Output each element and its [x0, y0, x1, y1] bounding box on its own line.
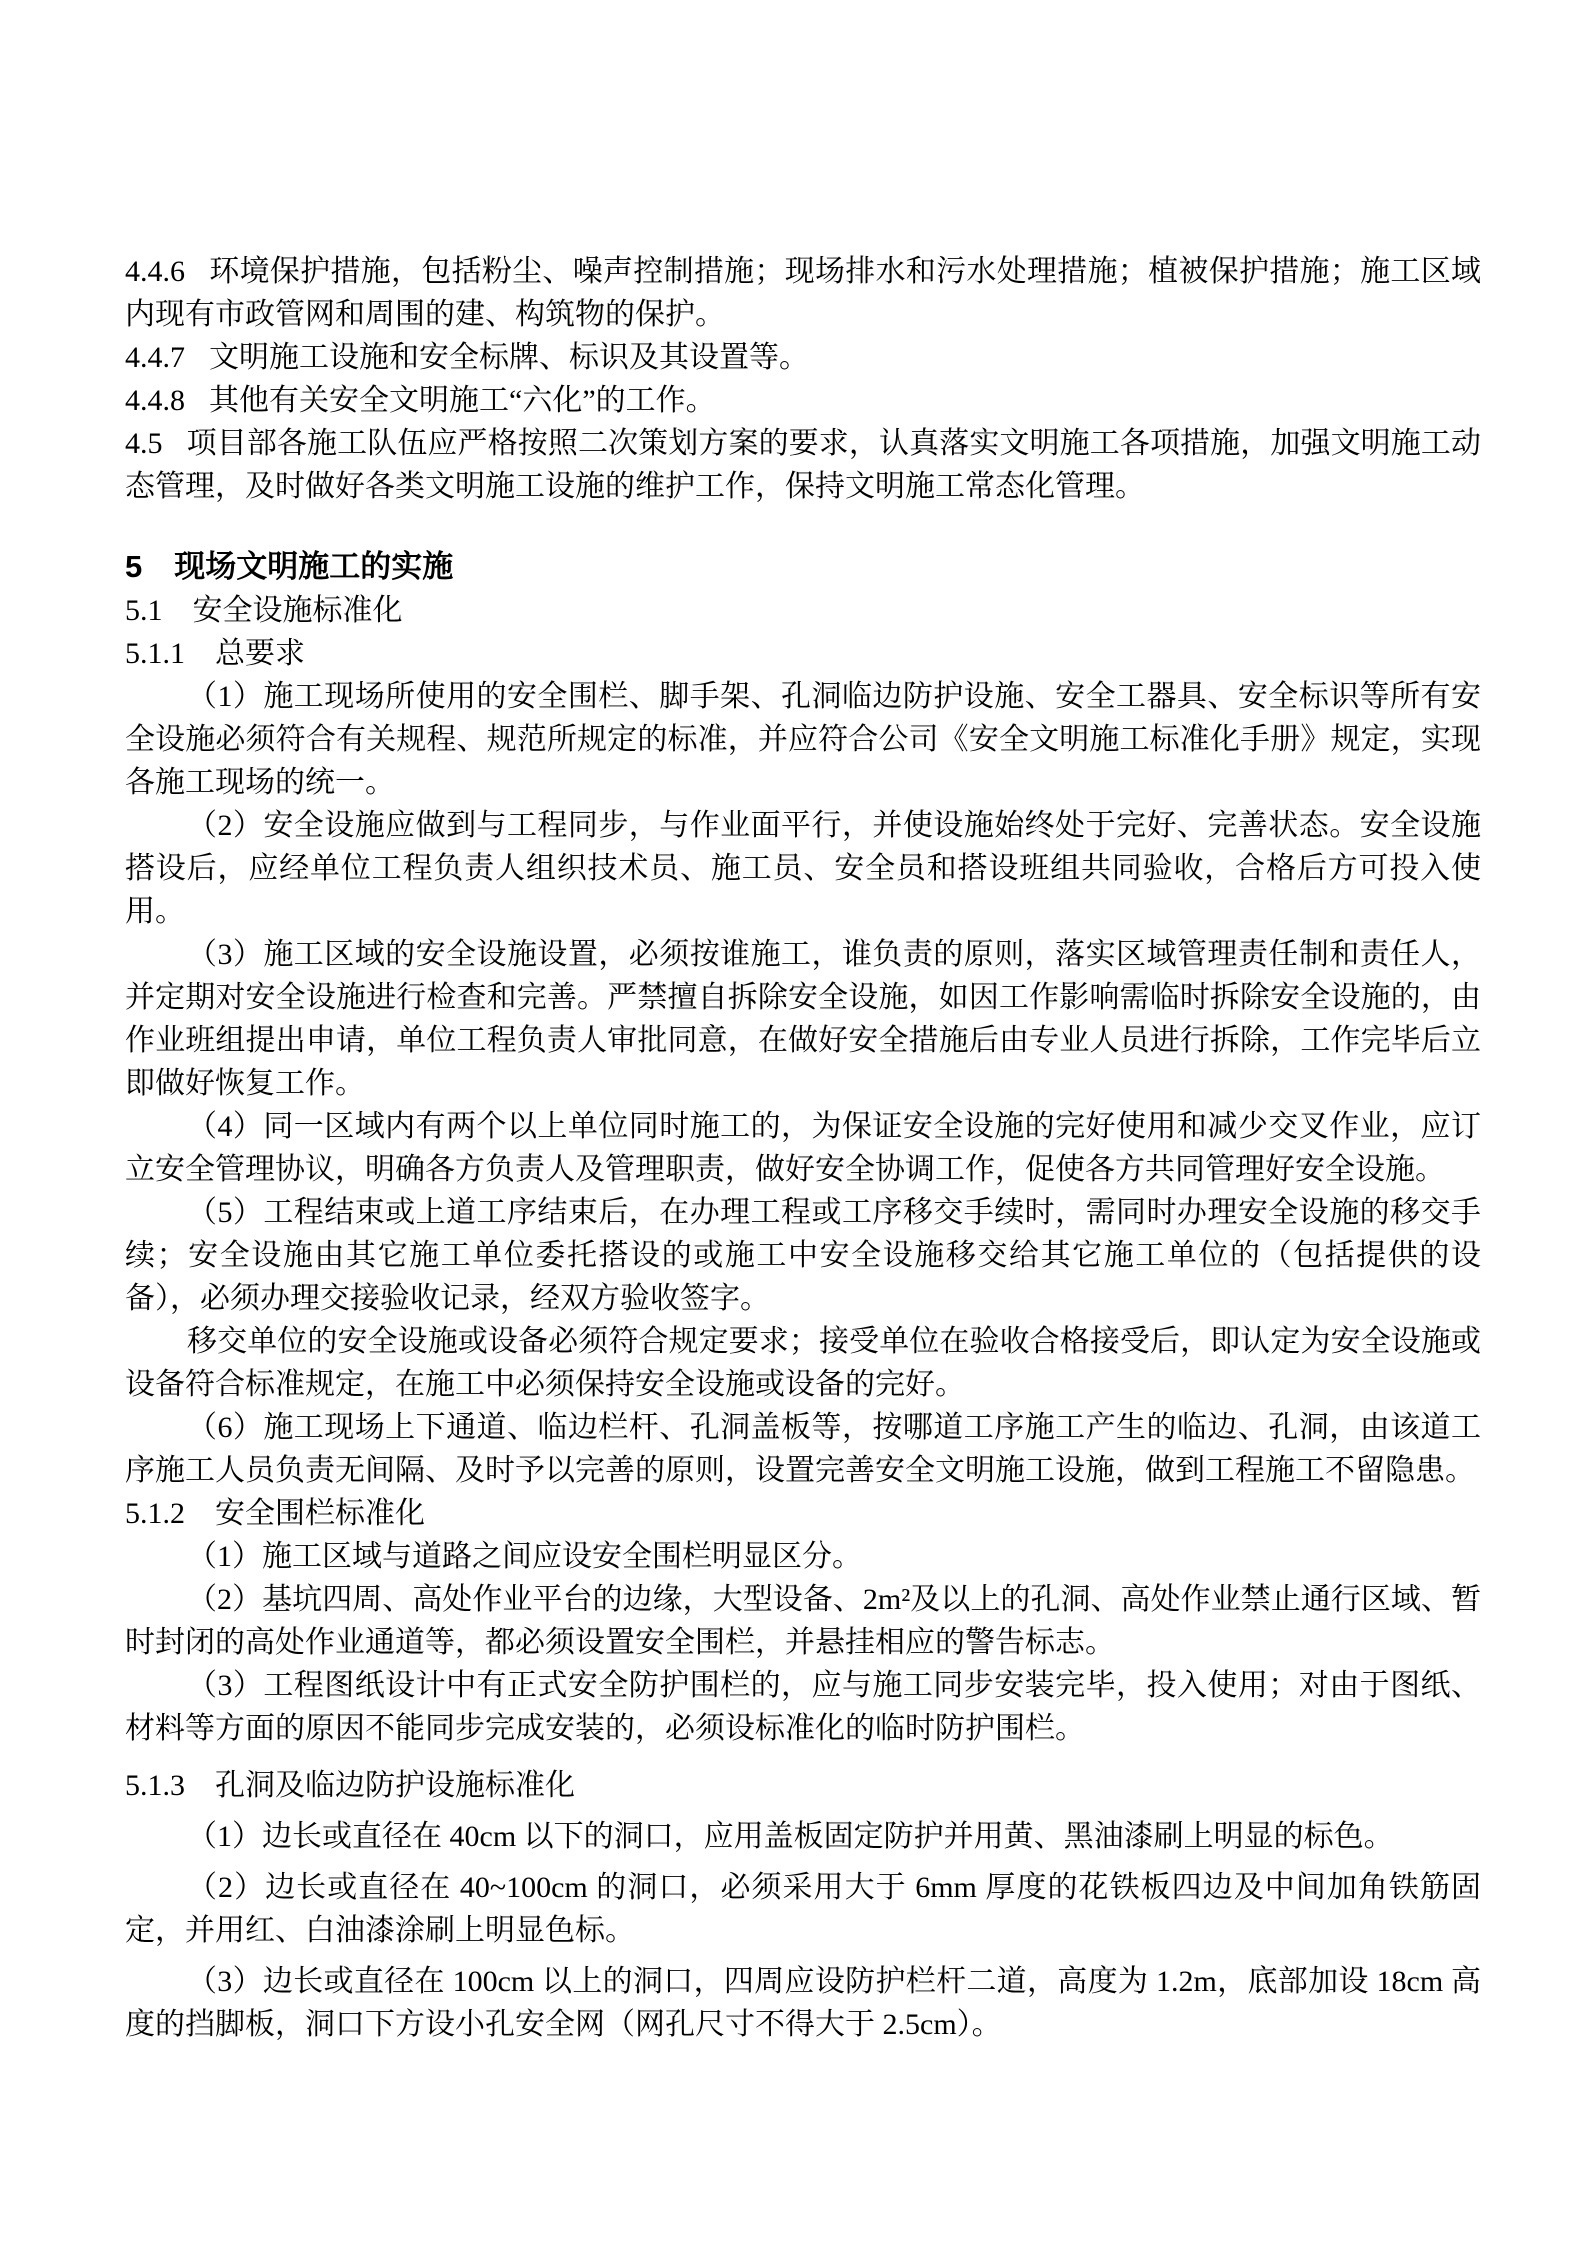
- subsection-title: 孔洞及临边防护设施标准化: [215, 1769, 575, 1802]
- subsection-title: 总要求: [215, 637, 305, 670]
- subsection-heading-5-1-1: 5.1.1总要求: [125, 632, 1481, 675]
- item-number: 4.4.8: [125, 384, 209, 417]
- paragraph-511-3: （3）施工区域的安全设施设置，必须按谁施工，谁负责的原则，落实区域管理责任制和责…: [125, 933, 1481, 1105]
- list-item-4-4-7: 4.4.7文明施工设施和安全标牌、标识及其设置等。: [125, 336, 1481, 379]
- item-number: 4.5: [125, 427, 187, 460]
- document-content: 4.4.6环境保护措施，包括粉尘、噪声控制措施；现场排水和污水处理措施；植被保护…: [125, 250, 1481, 2046]
- chapter-title: 现场文明施工的实施: [174, 549, 453, 584]
- subsection-heading-5-1-2: 5.1.2安全围栏标准化: [125, 1492, 1481, 1535]
- paragraph-511-6: 移交单位的安全设施或设备必须符合规定要求；接受单位在验收合格接受后，即认定为安全…: [125, 1320, 1481, 1406]
- document-page: 4.4.6环境保护措施，包括粉尘、噪声控制措施；现场排水和污水处理措施；植被保护…: [0, 0, 1587, 2245]
- item-text: 项目部各施工队伍应严格按照二次策划方案的要求，认真落实文明施工各项措施，加强文明…: [125, 427, 1481, 503]
- item-text: 文明施工设施和安全标牌、标识及其设置等。: [209, 341, 809, 374]
- list-item-4-5: 4.5项目部各施工队伍应严格按照二次策划方案的要求，认真落实文明施工各项措施，加…: [125, 422, 1481, 508]
- item-number: 4.4.6: [125, 255, 209, 288]
- paragraph-511-2: （2）安全设施应做到与工程同步，与作业面平行，并使设施始终处于完好、完善状态。安…: [125, 804, 1481, 933]
- paragraph-512-3: （3）工程图纸设计中有正式安全防护围栏的，应与施工同步安装完毕，投入使用；对由于…: [125, 1664, 1481, 1750]
- paragraph-512-2: （2）基坑四周、高处作业平台的边缘，大型设备、2m²及以上的孔洞、高处作业禁止通…: [125, 1578, 1481, 1664]
- list-item-4-4-8: 4.4.8其他有关安全文明施工“六化”的工作。: [125, 379, 1481, 422]
- paragraph-513-1: （1）边长或直径在 40cm 以下的洞口，应用盖板固定防护并用黄、黑油漆刷上明显…: [125, 1815, 1481, 1858]
- chapter-number: 5: [125, 549, 174, 584]
- section-number: 5.1: [125, 594, 193, 627]
- paragraph-511-1: （1）施工现场所使用的安全围栏、脚手架、孔洞临边防护设施、安全工器具、安全标识等…: [125, 675, 1481, 804]
- paragraph-513-2: （2）边长或直径在 40~100cm 的洞口，必须采用大于 6mm 厚度的花铁板…: [125, 1866, 1481, 1952]
- chapter-heading-5: 5现场文明施工的实施: [125, 545, 1481, 589]
- paragraph-512-1: （1）施工区域与道路之间应设安全围栏明显区分。: [125, 1535, 1481, 1578]
- item-text: 其他有关安全文明施工“六化”的工作。: [209, 384, 716, 417]
- subsection-heading-5-1-3: 5.1.3孔洞及临边防护设施标准化: [125, 1764, 1481, 1807]
- subsection-number: 5.1.3: [125, 1769, 215, 1802]
- section-title: 安全设施标准化: [193, 594, 403, 627]
- paragraph-511-5: （5）工程结束或上道工序结束后，在办理工程或工序移交手续时，需同时办理安全设施的…: [125, 1191, 1481, 1320]
- list-item-4-4-6: 4.4.6环境保护措施，包括粉尘、噪声控制措施；现场排水和污水处理措施；植被保护…: [125, 250, 1481, 336]
- subsection-number: 5.1.2: [125, 1497, 215, 1530]
- paragraph-513-3: （3）边长或直径在 100cm 以上的洞口，四周应设防护栏杆二道，高度为 1.2…: [125, 1960, 1481, 2046]
- section-heading-5-1: 5.1安全设施标准化: [125, 589, 1481, 632]
- item-text: 环境保护措施，包括粉尘、噪声控制措施；现场排水和污水处理措施；植被保护措施；施工…: [125, 255, 1481, 331]
- item-number: 4.4.7: [125, 341, 209, 374]
- subsection-number: 5.1.1: [125, 637, 215, 670]
- paragraph-511-7: （6）施工现场上下通道、临边栏杆、孔洞盖板等，按哪道工序施工产生的临边、孔洞，由…: [125, 1406, 1481, 1492]
- subsection-title: 安全围栏标准化: [215, 1497, 425, 1530]
- paragraph-511-4: （4）同一区域内有两个以上单位同时施工的，为保证安全设施的完好使用和减少交叉作业…: [125, 1105, 1481, 1191]
